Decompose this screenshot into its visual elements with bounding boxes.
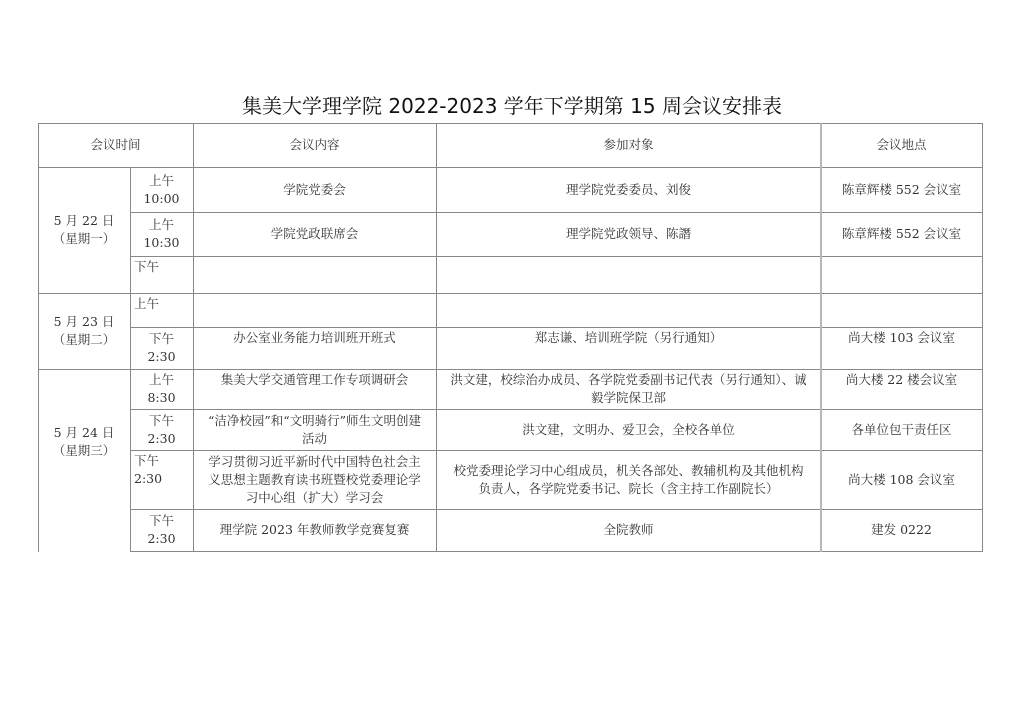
period-label: 上午 [149, 172, 174, 190]
location-cell: 尚大楼 22 楼会议室 [821, 369, 982, 409]
day-weekday: （星期二） [53, 331, 116, 349]
participants-cell [436, 293, 821, 327]
time-cell: 下午 2:30 [130, 509, 193, 551]
header-participants: 参加对象 [436, 123, 821, 167]
location-cell [821, 293, 982, 327]
content-cell: 学院党委会 [193, 167, 436, 212]
participants-cell: 洪文建，文明办、爱卫会，全校各单位 [436, 409, 821, 450]
grid-line [130, 167, 131, 552]
time-cell: 下午 [130, 256, 193, 293]
period-label: 下午 [149, 412, 174, 430]
day-date: 5 月 24 日 [54, 424, 115, 442]
time-label: 2:30 [147, 430, 175, 448]
time-cell: 上午 10:30 [130, 212, 193, 256]
header-content: 会议内容 [193, 123, 436, 167]
participants-cell: 郑志谦、培训班学院（另行通知） [436, 327, 821, 369]
grid-line [38, 293, 983, 294]
participants-cell: 理学院党委委员、刘俊 [436, 167, 821, 212]
header-time: 会议时间 [38, 123, 193, 167]
day-weekday: （星期一） [53, 230, 116, 248]
content-cell: 理学院 2023 年教师教学竞赛复赛 [193, 509, 436, 551]
time-cell: 下午 2:30 [130, 450, 193, 509]
page-title: 集美大学理学院 2022-2023 学年下学期第 15 周会议安排表 [0, 90, 1024, 119]
grid-line [38, 369, 983, 370]
grid-line [130, 256, 983, 257]
grid-line [38, 123, 39, 552]
period-label: 上午 [134, 295, 159, 313]
content-cell: 学院党政联席会 [193, 212, 436, 256]
grid-line [130, 212, 983, 213]
content-cell [193, 293, 436, 327]
day-cell-2: 5 月 24 日 （星期三） [38, 369, 130, 515]
location-cell: 建发 0222 [821, 509, 982, 551]
participants-cell [436, 256, 821, 293]
time-cell: 下午 2:30 [130, 409, 193, 450]
day-cell-1: 5 月 23 日 （星期二） [38, 293, 130, 369]
participants-cell: 洪文建，校综治办成员、各学院党委副书记代表（另行通知）、诚毅学院保卫部 [436, 369, 821, 409]
grid-line [130, 509, 983, 510]
time-label: 2:30 [134, 470, 162, 488]
participants-cell: 全院教师 [436, 509, 821, 551]
content-cell: 办公室业务能力培训班开班式 [193, 327, 436, 369]
time-cell: 上午 10:00 [130, 167, 193, 212]
grid-line [130, 327, 983, 328]
day-cell-0: 5 月 22 日 （星期一） [38, 167, 130, 293]
location-cell: 尚大楼 103 会议室 [821, 327, 982, 369]
period-label: 下午 [149, 512, 174, 530]
location-cell: 尚大楼 108 会议室 [821, 450, 982, 509]
grid-line [38, 123, 983, 124]
location-cell [821, 256, 982, 293]
time-label: 8:30 [147, 389, 175, 407]
day-date: 5 月 22 日 [54, 212, 115, 230]
participants-cell: 理学院党政领导、陈譖 [436, 212, 821, 256]
content-cell [193, 256, 436, 293]
grid-line [820, 123, 822, 552]
grid-line [130, 409, 983, 410]
grid-line [130, 551, 983, 552]
grid-line [130, 450, 983, 451]
header-location: 会议地点 [821, 123, 982, 167]
grid-line [38, 167, 983, 168]
location-cell: 各单位包干责任区 [821, 409, 982, 450]
period-label: 下午 [134, 452, 159, 470]
time-label: 10:30 [143, 234, 179, 252]
grid-line [193, 123, 194, 552]
content-cell: 集美大学交通管理工作专项调研会 [193, 369, 436, 409]
grid-line [982, 123, 983, 552]
time-label: 10:00 [143, 190, 179, 208]
content-cell: 学习贯彻习近平新时代中国特色社会主义思想主题教育读书班暨校党委理论学习中心组（扩… [193, 450, 436, 509]
participants-cell: 校党委理论学习中心组成员，机关各部处、教辅机构及其他机构负责人，各学院党委书记、… [436, 450, 821, 509]
grid-line [436, 123, 437, 552]
period-label: 上午 [149, 216, 174, 234]
time-cell: 上午 [130, 293, 193, 327]
day-date: 5 月 23 日 [54, 313, 115, 331]
time-cell: 上午 8:30 [130, 369, 193, 409]
location-cell: 陈章辉楼 552 会议室 [821, 212, 982, 256]
period-label: 上午 [149, 371, 174, 389]
day-weekday: （星期三） [53, 442, 116, 460]
period-label: 下午 [134, 258, 159, 276]
time-label: 2:30 [147, 530, 175, 548]
location-cell: 陈章辉楼 552 会议室 [821, 167, 982, 212]
time-label: 2:30 [147, 348, 175, 366]
period-label: 下午 [149, 330, 174, 348]
content-cell: “洁净校园”和“文明骑行”师生文明创建活动 [193, 409, 436, 450]
time-cell: 下午 2:30 [130, 327, 193, 369]
